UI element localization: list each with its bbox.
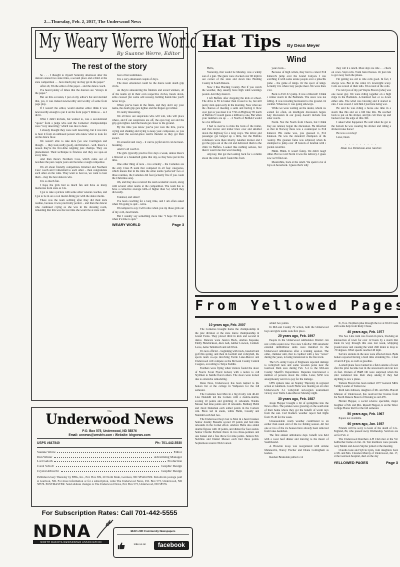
hat-tips-column: Hat Tips By Dean Meyer Wind Hello,Yester… [195,30,398,293]
body-paragraph: I've told you of my pal Wayne Brown (who… [331,89,391,106]
body-paragraph: lb, 8 oz. Northern pike through the ice … [334,322,398,329]
staff-role: Graphic Design [161,469,182,474]
body-paragraph: Service stations in the area were affect… [334,353,398,363]
body-paragraph: People in the Underwood Ambulance Distri… [264,339,328,360]
masthead-contact: Email: unnews@westriv.com • Website: bhg… [37,433,182,437]
body-paragraph: years back… [267,67,327,70]
section-heading: 40 years ago, Feb. 1977 [334,330,398,334]
weary-headline: The rest of the story [35,62,184,71]
body-paragraph: Dana Ness, Underwood, has been named to … [195,382,259,392]
hat-tips-columns: Hello,Yesterday, that would be Monday, w… [202,67,391,272]
body-paragraph: The most emotional could be the dance te… [112,82,184,89]
staff-name: Crystal Albrecht [37,469,59,474]
body-paragraph: I'm all about friendly competition. Kind… [35,166,107,180]
staff-list: Suanne WerreEditor Dan WinterAdvertising… [37,450,182,474]
thumbs-up-icon [117,537,126,555]
section-heading: 10 years ago, Feb. 2007 [195,323,259,327]
usps-number: USPS #647540 [37,441,60,445]
section-heading: 50 years ago, Feb. 1967 [334,412,398,416]
body-paragraph: We all have our suspicions who will win,… [112,115,184,125]
body-paragraph: Later, Dean [331,136,391,139]
yellowed-jump-label: YELLOWED PAGES [334,461,369,465]
body-paragraph: It's now official – beginning with track… [195,350,259,367]
yellowed-pages-title: From Yellowed Pages [195,295,398,318]
body-paragraph: Papers not available. [334,417,398,420]
page-folio: 2—Thursday, Feb. 2, 2017, The Underwood … [44,19,141,24]
body-paragraph: Hello, [202,67,262,70]
body-paragraph: The Underwood Ranchers 4-H Club met at t… [334,438,398,448]
weary-column-2: four of her teammates.It is a very emoti… [112,74,184,374]
body-paragraph: Meanwhile, back at the ranch. We spend a… [267,161,327,168]
body-paragraph: The Comettes brought home the championsh… [195,328,259,349]
body-paragraph: Because of high winds, they had to cance… [267,71,327,92]
dotted-leader [56,466,160,467]
staff-row: Crystal AlbrechtGraphic Design [37,469,182,474]
yellowed-column-1: 10 years ago, Feb. 2007The Comettes brou… [195,322,259,560]
body-paragraph: It is a very emotional couple of days. [112,78,184,81]
body-paragraph: And it's all worth it. [112,148,184,151]
body-paragraph: Jessie Hepper brought a bit of springtim… [264,402,328,419]
body-paragraph: If I weren't the editor, would another e… [35,107,107,117]
section-heading: 30 years ago, Feb. 1987 [264,397,328,401]
body-paragraph: It is so much fun. [35,180,107,183]
body-paragraph: I hope the girls had as much fun and hav… [35,184,107,191]
body-paragraph: Claudia Gale and Sylvia Lynn, twin daugh… [334,449,398,459]
body-paragraph: Talented, and smart! [112,196,184,199]
yellowed-column-2: added two points.In McLean County JV act… [264,322,328,560]
masthead-fineprint: Published every Thursday by BHG, Inc., P… [37,476,182,487]
from-yellowed-pages-section: From Yellowed Pages 10 years ago, Feb. 2… [195,295,398,561]
body-paragraph: Anyway, that got me looking back for a c… [202,153,262,160]
body-paragraph: Now I like Harding County. But if you wa… [202,86,262,96]
body-paragraph: I asked what happened. He said when he g… [331,121,391,131]
yellowed-columns: 10 years ago, Feb. 2007The Comettes brou… [195,322,398,560]
body-paragraph: The Comettes beat Max in a big rivalry w… [195,393,259,417]
section-heading: 20 years ago, Feb. 1997 [264,334,328,338]
body-paragraph: But on this occasion, I put on my editor… [35,96,107,106]
dotted-leader [54,457,152,458]
body-paragraph: As they're announcing the finalists and … [112,89,184,103]
body-paragraph: I got to take a picture with some other … [35,191,107,198]
body-paragraph: I'm tempted to say I will retire when yo… [112,207,184,214]
body-paragraph: So . . . I thought to myself Saturday af… [35,74,107,84]
section-heading: 60 years ago, Jan. 1957 [334,422,398,426]
hat-tips-titlebar: Hat Tips By Dean Meyer [198,33,395,52]
body-paragraph: Back to Evil Jr.'s jump. It was a blizza… [267,93,327,107]
hat-tips-column-1: Hello,Yesterday, that would be Monday, w… [202,67,262,272]
body-paragraph: He said he was riding a horse one time i… [331,107,391,121]
body-paragraph: four of her teammates. [112,74,184,77]
body-paragraph: A Brownie troop was reorganized with Arl… [264,445,328,455]
yellowed-column-3-text: lb, 8 oz. Northern pike through the ice … [334,322,398,459]
body-paragraph: One other thing of note – two actually –… [112,163,184,180]
ndna-logo: NDNA NORTH DAKOTA NEWSPAPER ASSOCIATION [33,524,109,544]
weary-jump-page: Page 3 [172,223,184,227]
body-paragraph: I've been coaching for a long time, and … [112,200,184,207]
weary-jump-label: WEARY WORLD [112,223,140,227]
weary-column-1: So . . . I thought to myself Saturday af… [35,74,107,374]
weary-werre-world-article: My Weary Werre World By Suanne Werre, Ed… [31,27,188,401]
weary-masthead-title: My Weary Werre World [39,32,180,54]
body-paragraph: After all, I'm the editor of the paper –… [35,85,107,88]
body-paragraph: Feathers were flying when visitors found… [195,367,259,381]
facebook-badge: BHG's ND Community Newspapers Like us on… [113,527,193,558]
subscription-rates-line: For Subscription Rates: Call 701-442-555… [31,510,188,517]
divider [37,447,182,448]
body-paragraph: Tamara Brown has been named 1977 General… [334,382,398,389]
yellowed-jump-page: Page 3 [386,461,398,465]
body-paragraph: When you've been in the finals, and they… [112,104,184,111]
body-paragraph: A small plane force landed in a field ou… [334,364,398,381]
hat-tips-byline: By Dean Meyer [287,43,320,48]
newspaper-page: 2—Thursday, Feb. 2, 2017, The Underwood … [0,0,400,567]
body-paragraph: And then there's Northern Cass, which ca… [35,158,107,165]
body-paragraph: I left Buffalo after dropping the kids a… [202,97,262,125]
weary-column-2-text: four of her teammates.It is a very emoti… [112,74,184,222]
body-paragraph: I already thought they were well deservi… [35,129,107,139]
body-paragraph: I had to swerve to miss the back of the … [202,125,262,153]
body-paragraph: While we were waiting on the dealer, who… [267,107,327,121]
body-paragraph: It's stressful and crazy – it can be joy… [112,141,184,148]
body-paragraph: Ruth Ann Johnson, daughter of Mr. and Mr… [334,389,398,399]
body-paragraph: Reuben Brunsdale pulled a 14 [264,456,328,459]
wheat-icon [93,518,115,545]
body-paragraph: Oh, and they also received the team acad… [112,181,184,195]
body-paragraph: UHS spikers take on Stanley Thursday in … [264,382,328,396]
hat-tips-title: Hat Tips [202,33,281,50]
body-paragraph: The Underwood boys lost to Max in a hear… [195,418,259,446]
body-paragraph: The U.S. Army Corps of Engineers reporte… [264,361,328,382]
body-paragraph: In McLean County JV action, both the Und… [264,326,328,333]
masthead-name: Underwood News [37,413,182,427]
body-paragraph: What I didn't include, but wanted to, wa… [35,118,107,128]
hat-tips-column-3-text: they call it a ranch. Most days we ride … [331,67,391,140]
body-paragraph: By the time you know you've just won the… [112,126,184,140]
body-paragraph: The Soo Line train was frozen in place, … [334,335,398,352]
body-paragraph: Yesterday, that would be Monday, was a w… [202,71,262,85]
divider [37,438,182,439]
facebook-badge-header: BHG's ND Community Newspapers [117,530,189,535]
facebook-wordmark: facebook [154,541,189,551]
underwood-news-masthead-box: The Underwood News P.O. Box 575, Underwo… [31,407,188,507]
credit-text: Dean is a Dickinson area rancher. [331,146,391,150]
facebook-badge-row: Like us on facebook [117,537,189,555]
hat-tips-column-3: they call it a ranch. Most days we ride … [331,67,391,272]
dotted-leader [54,461,165,462]
weary-columns: So . . . I thought to myself Saturday af… [35,74,184,374]
body-paragraph: The girls typically practice five days a… [112,152,184,162]
hat-tips-credit: - - - - - - - - - Dean is a Dickinson ar… [331,142,391,150]
dotted-leader [57,452,171,453]
body-paragraph: But I usually say something more like "I… [112,215,184,222]
dotted-leader [61,471,160,472]
body-paragraph: Friends will be sorry to learn of the de… [334,427,398,437]
body-paragraph: Hmm. Hmm. It wasn't funny. We didn't lau… [267,150,327,160]
body-paragraph: There was the team sobbing after they di… [35,199,107,213]
weary-masthead: My Weary Werre World By Suanne Werre, Ed… [35,30,184,59]
yellowed-column-3: lb, 8 oz. Northern pike through the ice … [334,322,398,560]
body-paragraph: I'm getting too old to ride colts good. … [331,78,391,88]
body-paragraph: He was a cowboy! [331,132,391,135]
body-paragraph: It's really interesting. [112,111,184,114]
hat-tips-column-2: years back…Because of high winds, they h… [267,67,327,272]
hat-tips-headline: Wind [202,55,391,64]
body-paragraph: Harriet Hepper, a social science special… [334,400,398,410]
masthead-meta-row: USPS #647540 Ph: 701-442-5530 [37,441,182,445]
yellowed-jump-line: YELLOWED PAGES Page 3 [334,461,398,465]
body-paragraph: Norm. Not the Norm from Cheers, but I th… [267,121,327,149]
body-paragraph: added two points. [264,322,328,325]
weary-jump-line: WEARY WORLD Page 3 [112,223,184,227]
body-paragraph: Unseasonable warm weather contributed to… [264,420,328,434]
body-paragraph: We weren't able to take kick (we saw Car… [35,140,107,157]
body-paragraph: they call it a ranch. Most days we ride … [331,67,391,77]
phone-number: Ph: 701-442-5530 [155,441,182,445]
body-paragraph: The first annual ambulance dept. benefit… [264,434,328,444]
body-paragraph: I've heard plenty of times that the danc… [35,89,107,96]
facebook-like-text: Like us on [134,544,146,547]
